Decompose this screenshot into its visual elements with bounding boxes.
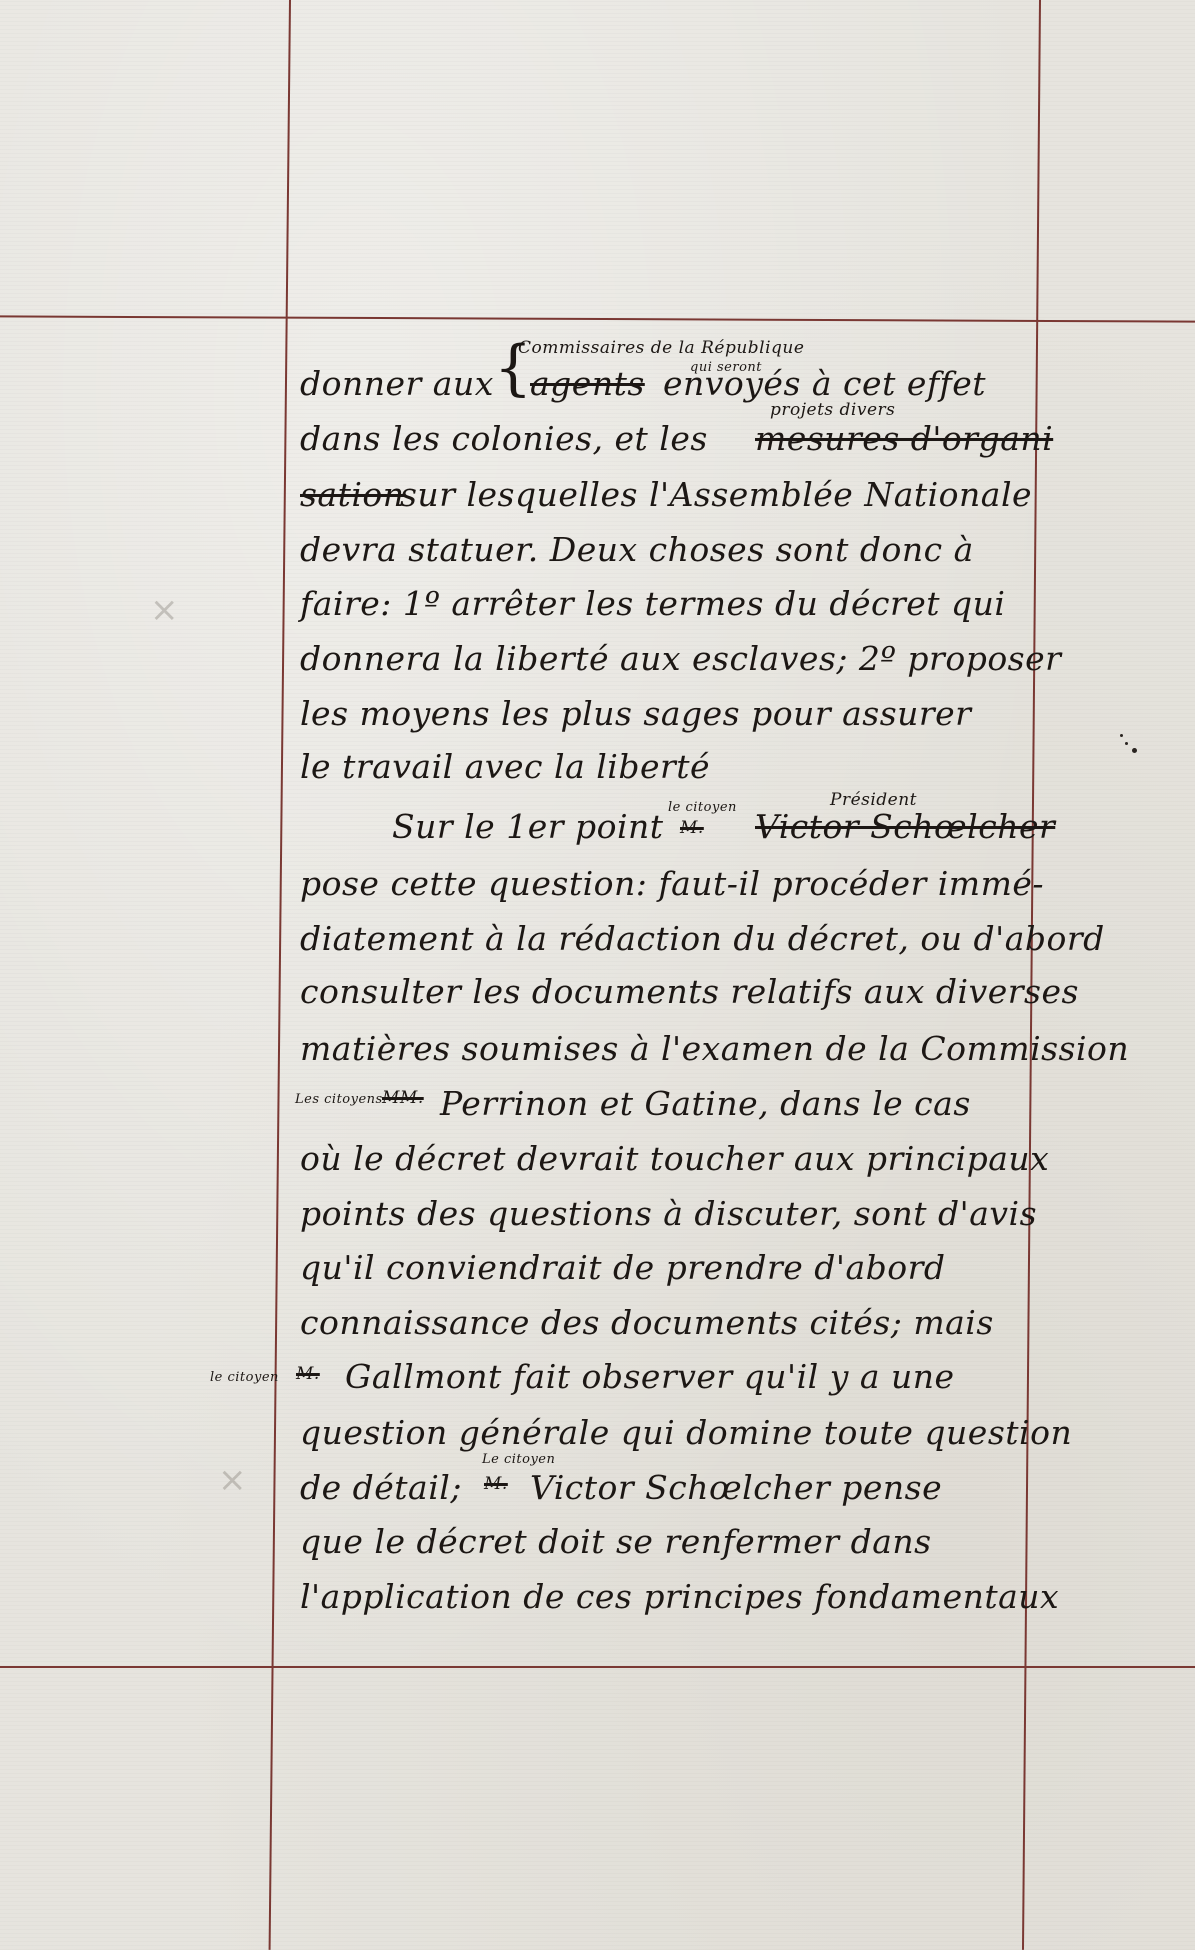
- top-rule: [0, 315, 1195, 322]
- text-line: Victor Schœlcher pense: [530, 1468, 942, 1507]
- text-line: faire: 1º arrêter les termes du décret q…: [300, 584, 1005, 623]
- faint-margin-mark: ×: [218, 1460, 247, 1500]
- text-line: l'application de ces principes fondament…: [300, 1577, 1059, 1616]
- text-line: consulter les documents relatifs aux div…: [300, 972, 1079, 1011]
- text-line: Sur le 1er point: [392, 807, 664, 846]
- text-line-tail: envoyés à cet effet: [663, 364, 986, 403]
- text-line: où le décret devrait toucher aux princip…: [300, 1139, 1049, 1178]
- text-line: Gallmont fait observer qu'il y a une: [345, 1357, 955, 1396]
- deleted-m: M.: [296, 1364, 320, 1384]
- text-line: pose cette question: faut-il procéder im…: [300, 864, 1044, 903]
- text-line: diatement à la rédaction du décret, ou d…: [300, 919, 1105, 958]
- text-line: de détail;: [300, 1468, 462, 1507]
- insertion-le-citoyen: le citoyen: [668, 800, 737, 815]
- bottom-rule: [0, 1666, 1195, 1668]
- deleted-sation: sation: [300, 475, 405, 514]
- faint-margin-mark: ×: [150, 590, 179, 630]
- text-line: connaissance des documents cités; mais: [300, 1303, 994, 1342]
- insertion-les-citoyens: Les citoyens: [295, 1092, 383, 1107]
- deleted-m: M.: [484, 1474, 508, 1494]
- text-line: les moyens les plus sages pour assurer: [300, 694, 971, 733]
- text-line: dans les colonies, et les: [300, 419, 708, 458]
- deleted-agents: agents: [530, 364, 645, 403]
- text-line: Perrinon et Gatine, dans le cas: [440, 1084, 971, 1123]
- manuscript-page: × × donner aux { Commissaires de la Répu…: [0, 0, 1195, 1950]
- deleted-victor-schoelcher: Victor Schœlcher: [755, 807, 1055, 846]
- text-line: le travail avec la liberté: [300, 747, 710, 786]
- text-line: sur lesquelles l'Assemblée Nationale: [400, 475, 1032, 514]
- text-line: qu'il conviendrait de prendre d'abord: [300, 1248, 946, 1287]
- margin-insertion-le-citoyen: le citoyen: [210, 1370, 279, 1385]
- deleted-mm: MM.: [382, 1088, 424, 1108]
- deleted-mesures: mesures d'organi: [755, 419, 1053, 458]
- left-margin-rule: [269, 0, 291, 1950]
- insertion-le-citoyen: Le citoyen: [482, 1452, 555, 1467]
- ink-spot: [1120, 734, 1123, 737]
- ink-spot: [1125, 742, 1128, 745]
- text-line: points des questions à discuter, sont d'…: [300, 1194, 1037, 1233]
- insertion-projets-divers: projets divers: [770, 400, 895, 420]
- text-line: donner aux: [300, 364, 494, 403]
- deleted-m: M.: [680, 818, 704, 838]
- text-line: question générale qui domine toute quest…: [300, 1413, 1072, 1452]
- insertion-commissaires: Commissaires de la République: [518, 338, 804, 358]
- text-line: devra statuer. Deux choses sont donc à: [300, 530, 974, 569]
- text-line: matières soumises à l'examen de la Commi…: [300, 1029, 1129, 1068]
- text-line: que le décret doit se renfermer dans: [300, 1522, 932, 1561]
- text-line: donnera la liberté aux esclaves; 2º prop…: [300, 639, 1061, 678]
- ink-spot: [1132, 748, 1137, 753]
